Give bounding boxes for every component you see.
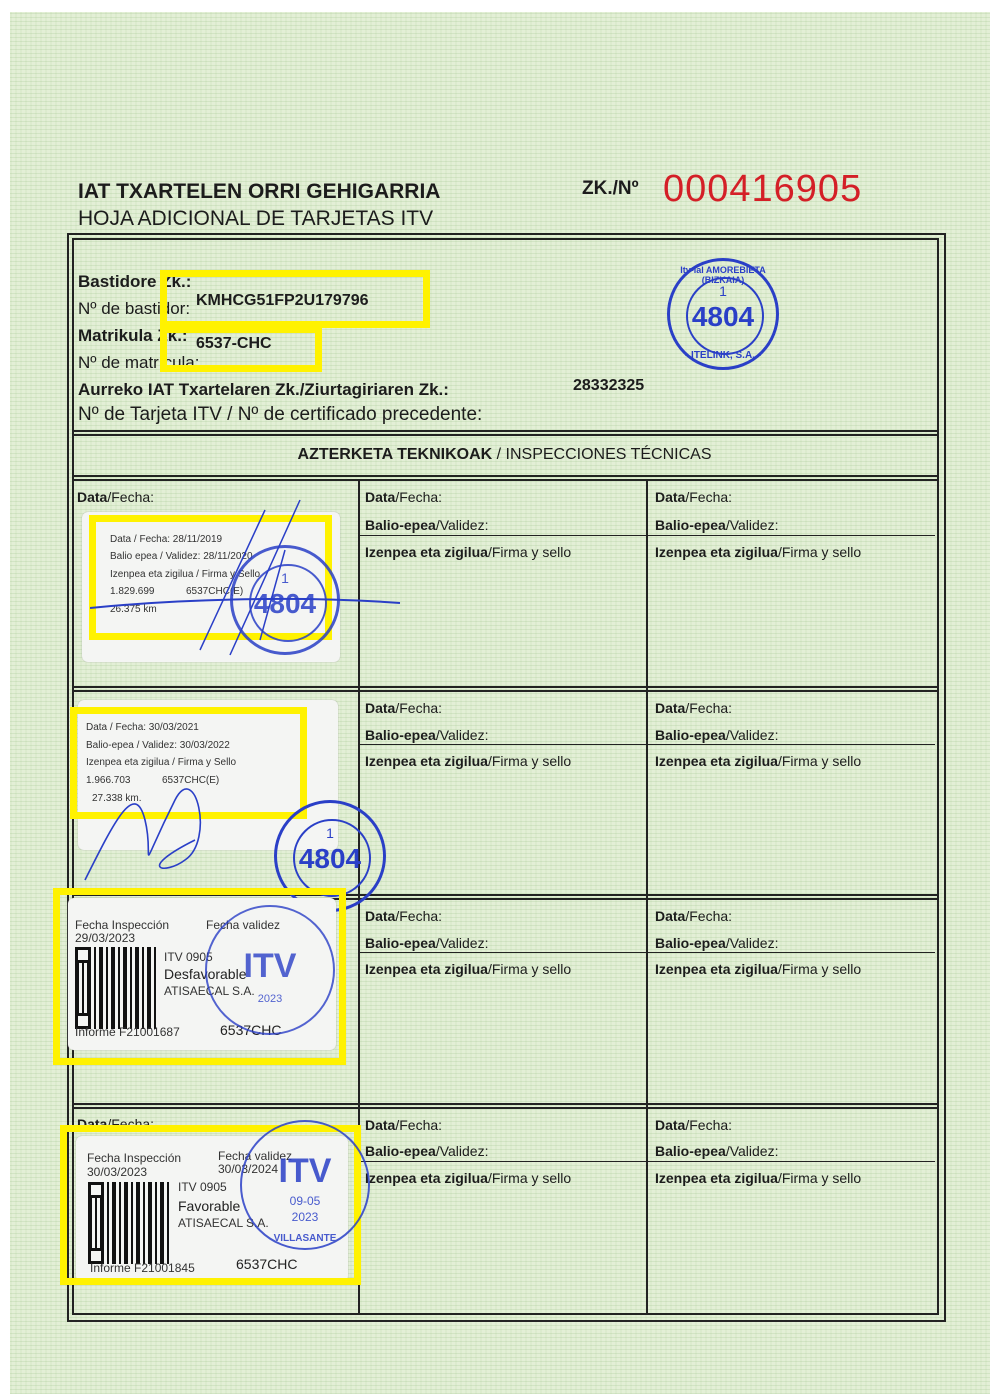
plate-value: 6537-CHC [196,335,272,353]
row-divider [72,686,937,688]
itv-date-stamp-row4: ITV 09-05 2023 VILLASANTE [240,1120,370,1250]
label-eu: Data [365,1117,395,1133]
cell-validity-label: Balio-epea/Validez: [655,1143,778,1159]
label-eu: Balio-epea [365,1143,436,1159]
label-es: /Validez: [436,727,489,743]
label-es: /Fecha: [685,489,732,505]
cell-validity-label: Balio-epea/Validez: [655,727,778,743]
sticker-report: Informe F21001845 [90,1261,195,1275]
label-eu: Data [655,489,685,505]
sticker-result: Favorable [178,1198,240,1214]
label-es: /Firma y sello [778,1170,861,1186]
cell-sign-label: Izenpea eta zigilua/Firma y sello [365,1170,571,1186]
stamp-small-number: 1 [670,283,776,299]
label-es: /Validez: [726,1143,779,1159]
sticker-date: Data / Fecha: 30/03/2021 [86,722,199,733]
label-es: /Fecha: [685,908,732,924]
label-es: /Firma y sello [778,961,861,977]
cell-date-label: Data/Fecha: [365,700,442,716]
stamp-date: 09-05 [242,1194,368,1208]
label-es: /Validez: [436,935,489,951]
label-es: /Firma y sello [488,961,571,977]
sticker-inspection-label: Fecha Inspección [75,918,169,932]
column-divider [646,479,648,1313]
stamp-number: 4804 [670,301,776,333]
stamp-itv: ITV [207,947,333,986]
cell-sign-label: Izenpea eta zigilua/Firma y sello [655,961,861,977]
label-eu: Izenpea eta zigilua [655,753,778,769]
qr-code [75,947,157,1029]
label-es: /Validez: [436,517,489,533]
validity-divider [358,1161,935,1162]
label-eu: Izenpea eta zigilua [655,961,778,977]
label-es: /Firma y sello [488,544,571,560]
stamp-bottom-text: - ITELINK, S.A. - [670,350,776,361]
title-basque: IAT TXARTELEN ORRI GEHIGARRIA [78,180,440,204]
label-eu: Data [655,908,685,924]
label-es: /Firma y sello [488,1170,571,1186]
label-es: /Fecha: [685,1117,732,1133]
validity-divider [358,535,935,536]
cell-date-label: Data/Fecha: [655,700,732,716]
label-eu: Balio-epea [365,727,436,743]
label-eu: Data [365,908,395,924]
chassis-value: KMHCG51FP2U179796 [196,292,369,310]
validity-divider [358,952,935,953]
label-eu: Izenpea eta zigilua [655,544,778,560]
cell-date-label: Data/Fecha: [655,489,732,505]
cell-date-label: Data/Fecha: [365,1117,442,1133]
qr-code [88,1182,170,1264]
label-es: /Fecha: [685,700,732,716]
divider [72,430,937,432]
sticker-report: Informe F21001687 [75,1025,180,1039]
label-es: /Firma y sello [778,544,861,560]
signature-2 [75,760,275,890]
prev-card-value: 28332325 [573,377,644,395]
itv-date-stamp-row3: ITV 2023 [205,905,335,1035]
serial-number: 000416905 [663,168,862,211]
label-eu: Data [365,700,395,716]
cell-validity-label: Balio-epea/Validez: [365,727,488,743]
cell-validity-label: Balio-epea/Validez: [655,517,778,533]
cell-sign-label: Izenpea eta zigilua/Firma y sello [365,961,571,977]
prev-card-label-es: Nº de Tarjeta ITV / Nº de certificado pr… [78,404,482,426]
label-es: /Fecha: [395,908,442,924]
cell-validity-label: Balio-epea/Validez: [365,935,488,951]
row-divider [72,1107,937,1109]
sticker-inspection-label: Fecha Inspección [87,1151,181,1165]
title-spanish: HOJA ADICIONAL DE TARJETAS ITV [78,207,433,231]
inspections-title-eu: AZTERKETA TEKNIKOAK [298,446,493,463]
stamp-itv: ITV [242,1152,368,1191]
label-eu: Balio-epea [655,517,726,533]
label-es: /Validez: [726,727,779,743]
cell-validity-label: Balio-epea/Validez: [655,935,778,951]
stamp-year: 2023 [242,1210,368,1224]
label-eu: Izenpea eta zigilua [655,1170,778,1186]
label-es: /Validez: [436,1143,489,1159]
sticker-station: ITV 0905 [178,1180,227,1194]
sticker-inspection-date: 30/03/2023 [87,1165,147,1179]
label-es: /Firma y sello [778,753,861,769]
label-es: /Firma y sello [488,753,571,769]
sticker-plate: 6537CHC [236,1256,297,1272]
label-eu: Balio-epea [655,1143,726,1159]
stamp-location: VILLASANTE [242,1233,368,1244]
stamp-year: 2023 [207,993,333,1005]
prev-card-label-eu: Aurreko IAT Txartelaren Zk./Ziurtagiriar… [78,380,449,400]
label-eu: Data [655,1117,685,1133]
label-eu: Balio-epea [365,935,436,951]
cell-validity-label: Balio-epea/Validez: [365,1143,488,1159]
label-eu: Izenpea eta zigilua [365,1170,488,1186]
separator: / [492,446,505,463]
cell-sign-label: Izenpea eta zigilua/Firma y sello [655,1170,861,1186]
label-es: /Validez: [726,517,779,533]
stamp-number: 4804 [277,843,383,875]
inspections-title: AZTERKETA TEKNIKOAK / INSPECCIONES TÉCNI… [74,446,935,464]
divider [72,434,937,436]
inspections-title-es: INSPECCIONES TÉCNICAS [506,446,712,463]
label-es: /Fecha: [395,1117,442,1133]
row-divider [72,690,937,692]
cell-sign-label: Izenpea eta zigilua/Firma y sello [655,544,861,560]
cell-date-label: Data/Fecha: [655,908,732,924]
cell-sign-label: Izenpea eta zigilua/Firma y sello [365,753,571,769]
label-eu: Balio-epea [655,727,726,743]
label-eu: Balio-epea [655,935,726,951]
sticker-inspection-date: 29/03/2023 [75,931,135,945]
number-label: ZK./Nº [582,178,639,200]
cell-sign-label: Izenpea eta zigilua/Firma y sello [655,753,861,769]
label-es: /Validez: [726,935,779,951]
validity-divider [358,744,935,745]
label-eu: Izenpea eta zigilua [365,753,488,769]
divider [72,475,937,477]
stamp-small-number: 1 [277,825,383,841]
label-eu: Izenpea eta zigilua [365,961,488,977]
row-divider [72,1103,937,1105]
sticker-validity: Balio-epea / Validez: 30/03/2022 [86,740,230,751]
divider [72,479,937,481]
cell-date-label: Data/Fecha: [365,908,442,924]
label-es: /Fecha: [395,700,442,716]
station-stamp: Itv-lal AMOREBIETA (BIZKAIA) 1 4804 - IT… [667,258,779,370]
cell-date-label: Data/Fecha: [655,1117,732,1133]
label-eu: Data [655,700,685,716]
signature-1 [90,490,410,670]
